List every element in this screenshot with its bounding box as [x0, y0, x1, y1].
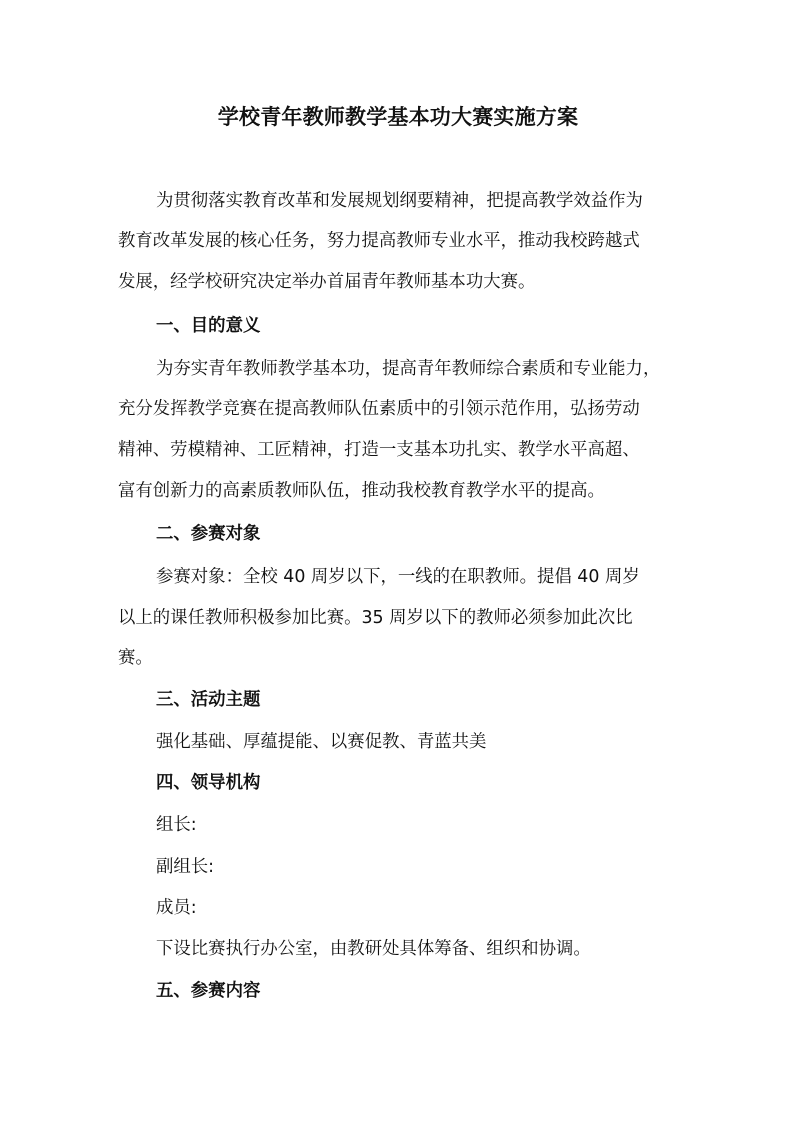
section-line: 参赛对象：全校 40 周岁以下，一线的在职教师。提倡 40 周岁: [156, 565, 640, 589]
intro-line: 发展，经学校研究决定举办首届青年教师基本功大赛。: [118, 270, 535, 294]
intro-line: 教育改革发展的核心任务，努力提高教师专业水平，推动我校跨越式: [118, 229, 640, 253]
document-title: 学校青年教师教学基本功大赛实施方案: [118, 102, 678, 132]
section-line: 精神、劳模精神、工匠精神，打造一支基本功扎实、教学水平高超、: [118, 438, 640, 462]
deputy-leader-label: 副组长:: [156, 855, 214, 879]
section-heading: 二、参赛对象: [156, 522, 260, 546]
section-heading: 五、参赛内容: [156, 979, 260, 1003]
section-line: 为夯实青年教师教学基本功，提高青年教师综合素质和专业能力，: [156, 357, 660, 381]
leader-label: 组长:: [156, 813, 197, 837]
section-line: 强化基础、厚蕴提能、以赛促教、青蓝共美: [156, 730, 486, 754]
section-heading: 一、目的意义: [156, 314, 260, 338]
intro-line: 为贯彻落实教育改革和发展规划纲要精神，把提高教学效益作为: [156, 189, 643, 213]
section-line: 下设比赛执行办公室，由教研处具体筹备、组织和协调。: [156, 937, 591, 961]
members-label: 成员:: [156, 896, 197, 920]
section-line: 赛。: [118, 646, 153, 670]
section-heading: 四、领导机构: [156, 771, 260, 795]
section-heading: 三、活动主题: [156, 688, 260, 712]
section-line: 充分发挥教学竞赛在提高教师队伍素质中的引领示范作用，弘扬劳动: [118, 397, 640, 421]
section-line: 以上的课任教师积极参加比赛。35 周岁以下的教师必须参加此次比: [118, 606, 633, 630]
section-line: 富有创新力的高素质教师队伍，推动我校教育教学水平的提高。: [118, 479, 605, 503]
